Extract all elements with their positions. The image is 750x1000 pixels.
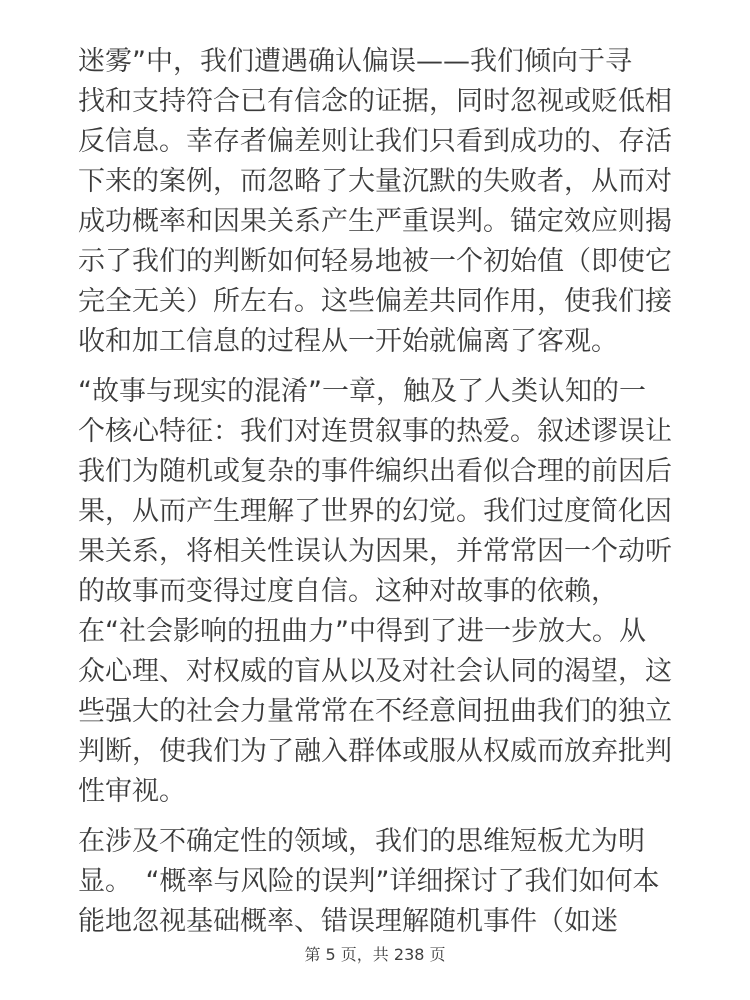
document-page: 迷雾”中，我们遭遇确认偏误——我们倾向于寻 找和支持符合已有信念的证据，同时忽视… xyxy=(0,0,750,1000)
paragraph-story-vs-reality: “故事与现实的混淆”一章，触及了人类认知的一 个核心特征：我们对连贯叙事的热爱。… xyxy=(78,372,696,812)
document-body: 迷雾”中，我们遭遇确认偏误——我们倾向于寻 找和支持符合已有信念的证据，同时忽视… xyxy=(78,42,696,952)
paragraph-cognitive-biases: 迷雾”中，我们遭遇确认偏误——我们倾向于寻 找和支持符合已有信念的证据，同时忽视… xyxy=(78,42,696,362)
page-number-indicator: 第 5 页，共 238 页 xyxy=(0,944,750,966)
paragraph-uncertainty: 在涉及不确定性的领域，我们的思维短板尤为明 显。 “概率与风险的误判”详细探讨了… xyxy=(78,822,696,942)
